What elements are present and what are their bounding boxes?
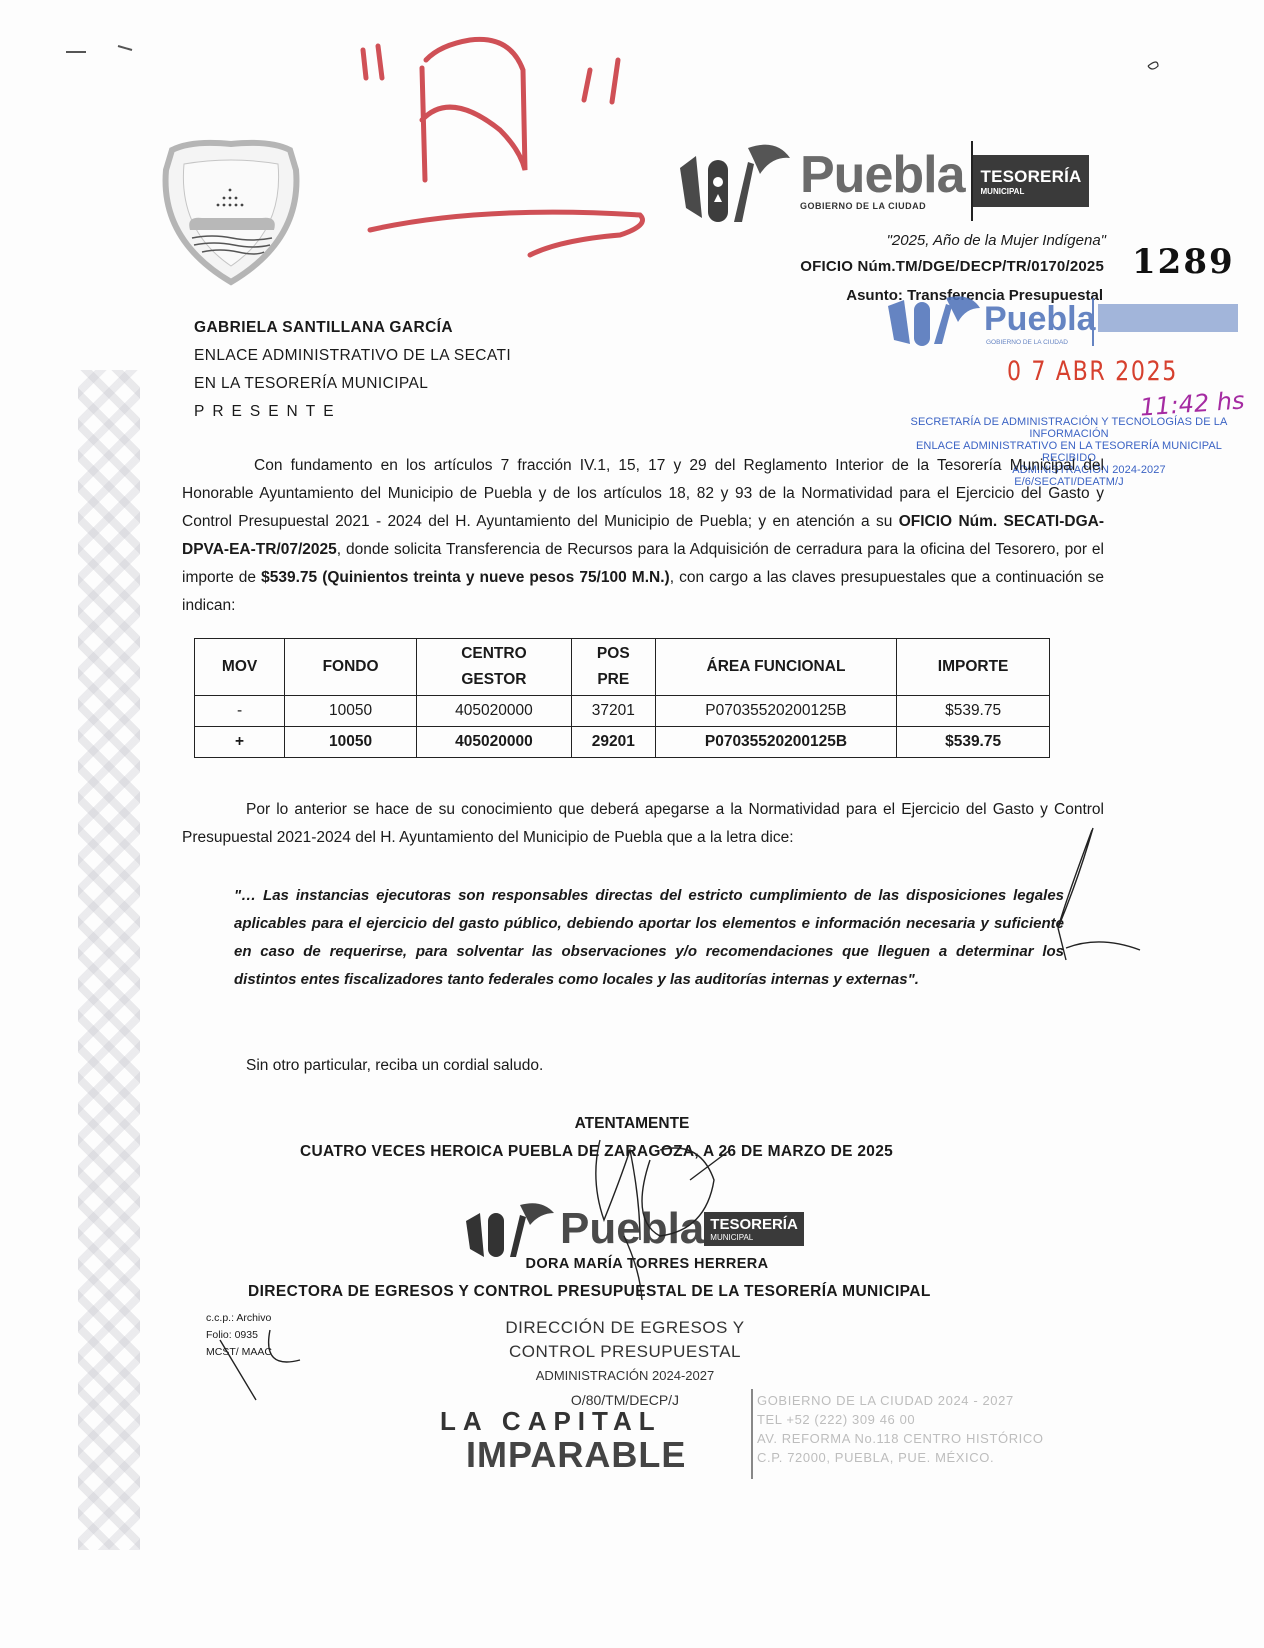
footer-divider [751, 1389, 753, 1479]
signature-logo-dept-title: TESORERÍA [710, 1216, 798, 1233]
logo-department-title: TESORERÍA [981, 167, 1082, 187]
cc-folio: Folio: 0935 [206, 1327, 272, 1344]
footer-info-line: AV. REFORMA No.118 CENTRO HISTÓRICO [757, 1429, 1044, 1448]
atentamente: ATENTAMENTE [0, 1115, 1264, 1133]
signer-name: DORA MARÍA TORRES HERRERA [0, 1256, 1264, 1272]
puebla-emblem-icon [676, 138, 796, 224]
puebla-tesoreria-logo: Puebla GOBIERNO DE LA CIUDAD TESORERÍA M… [676, 136, 1096, 226]
closing-line: Sin otro particular, reciba un cordial s… [246, 1057, 543, 1075]
cell-fondo: 10050 [285, 727, 417, 758]
department-stamp-line: CONTROL PRESUPUESTAL [480, 1340, 770, 1364]
addressee-name: GABRIELA SANTILLANA GARCÍA [194, 314, 511, 342]
received-stamp-logo: Puebla GOBIERNO DE LA CIUDAD [880, 296, 1240, 348]
cell-importe: $539.75 [897, 696, 1050, 727]
svg-text:Puebla: Puebla [984, 300, 1097, 338]
table-row: - 10050 405020000 37201 P07035520200125B… [195, 696, 1050, 727]
department-stamp: DIRECCIÓN DE EGRESOS Y CONTROL PRESUPUES… [480, 1316, 770, 1412]
svg-text:GOBIERNO DE LA CIUDAD: GOBIERNO DE LA CIUDAD [986, 339, 1068, 346]
carbon-copy-block: c.c.p.: Archivo Folio: 0935 MCST/ MAAC [206, 1310, 272, 1361]
column-header: POS PRE [571, 639, 655, 696]
column-header: FONDO [285, 639, 417, 696]
cell-centro-gestor: 405020000 [416, 727, 571, 758]
addressee-title-line2: EN LA TESORERÍA MUNICIPAL [194, 370, 511, 398]
logo-city-name: Puebla [800, 151, 965, 199]
city-crest-icon [152, 130, 310, 290]
signer-name-text: DORA MARÍA TORRES HERRERA [525, 1256, 768, 1272]
addressee-title-line1: ENLACE ADMINISTRATIVO DE LA SECATI [194, 342, 511, 370]
year-motto: "2025, Año de la Mujer Indígena" [887, 232, 1106, 249]
column-header: IMPORTE [897, 639, 1050, 696]
table-header-row: MOV FONDO CENTRO GESTOR POS PRE ÁREA FUN… [195, 639, 1050, 696]
received-stamp-line: INFORMACIÓN [904, 428, 1234, 440]
footer-contact-info: GOBIERNO DE LA CIUDAD 2024 - 2027 TEL +5… [757, 1391, 1044, 1467]
department-stamp-line: ADMINISTRACIÓN 2024-2027 [480, 1364, 770, 1388]
cell-area-funcional: P07035520200125B [655, 727, 896, 758]
footer-slogan-line1: LA CAPITAL [440, 1406, 662, 1437]
logo-department-subtitle: MUNICIPAL [981, 187, 1082, 196]
cell-pos-pre: 37201 [571, 696, 655, 727]
signature-logo-department: TESORERÍAMUNICIPAL [704, 1212, 804, 1246]
addressee-block: GABRIELA SANTILLANA GARCÍA ENLACE ADMINI… [194, 314, 511, 426]
column-header: CENTRO GESTOR [416, 639, 571, 696]
addressee-greeting: PRESENTE [194, 398, 511, 426]
cc-archive: c.c.p.: Archivo [206, 1310, 272, 1327]
received-stamp-line: SECRETARÍA DE ADMINISTRACIÓN Y TECNOLOGÍ… [904, 416, 1234, 428]
logo-subtitle: GOBIERNO DE LA CIUDAD [800, 201, 965, 211]
place-and-date: CUATRO VECES HEROICA PUEBLA DE ZARAGOZA,… [300, 1143, 893, 1161]
normative-quote: "… Las instancias ejecutoras son respons… [234, 882, 1064, 994]
cell-pos-pre: 29201 [571, 727, 655, 758]
handwritten-mark-a [360, 30, 650, 270]
footer-info-line: TEL +52 (222) 309 46 00 [757, 1410, 1044, 1429]
column-header: MOV [195, 639, 285, 696]
cell-centro-gestor: 405020000 [416, 696, 571, 727]
folio-number-stamp: 1289 [1132, 242, 1235, 282]
table-row: + 10050 405020000 29201 P07035520200125B… [195, 727, 1050, 758]
oficio-label: OFICIO Núm. [800, 258, 896, 275]
signature-stamp-logo: Puebla TESORERÍAMUNICIPAL [464, 1198, 824, 1260]
puebla-emblem-icon [464, 1199, 560, 1259]
cc-initials: MCST/ MAAC [206, 1344, 272, 1361]
budget-transfer-table: MOV FONDO CENTRO GESTOR POS PRE ÁREA FUN… [194, 638, 1050, 758]
signature-logo-dept-sub: MUNICIPAL [710, 1233, 798, 1242]
column-header: ÁREA FUNCIONAL [655, 639, 896, 696]
received-stamp-line: ENLACE ADMINISTRATIVO EN LA TESORERÍA MU… [904, 440, 1234, 452]
cell-area-funcional: P07035520200125B [655, 696, 896, 727]
body-paragraph-1: Con fundamento en los artículos 7 fracci… [182, 452, 1104, 620]
oficio-reference: OFICIO Núm.TM/DGE/DECP/TR/0170/2025 [800, 258, 1104, 275]
signer-role: DIRECTORA DE EGRESOS Y CONTROL PRESUPUES… [248, 1283, 931, 1301]
cell-importe: $539.75 [897, 727, 1050, 758]
body-paragraph-2: Por lo anterior se hace de su conocimien… [182, 796, 1104, 852]
received-date-stamp: 0 7 ABR 2025 [1007, 356, 1178, 387]
cell-fondo: 10050 [285, 696, 417, 727]
footer-info-line: GOBIERNO DE LA CIUDAD 2024 - 2027 [757, 1391, 1044, 1410]
oficio-number: TM/DGE/DECP/TR/0170/2025 [896, 258, 1104, 275]
transfer-amount: $539.75 (Quinientos treinta y nueve peso… [261, 569, 670, 586]
footer-info-line: C.P. 72000, PUEBLA, PUE. MÉXICO. [757, 1448, 1044, 1467]
decorative-border-strip [78, 370, 140, 1550]
cell-mov: - [195, 696, 285, 727]
department-stamp-line: DIRECCIÓN DE EGRESOS Y [480, 1316, 770, 1340]
cell-mov: + [195, 727, 285, 758]
signature-logo-city: Puebla [560, 1204, 704, 1254]
logo-department-badge: TESORERÍA MUNICIPAL [973, 155, 1090, 207]
footer-slogan-line2: IMPARABLE [466, 1434, 686, 1476]
